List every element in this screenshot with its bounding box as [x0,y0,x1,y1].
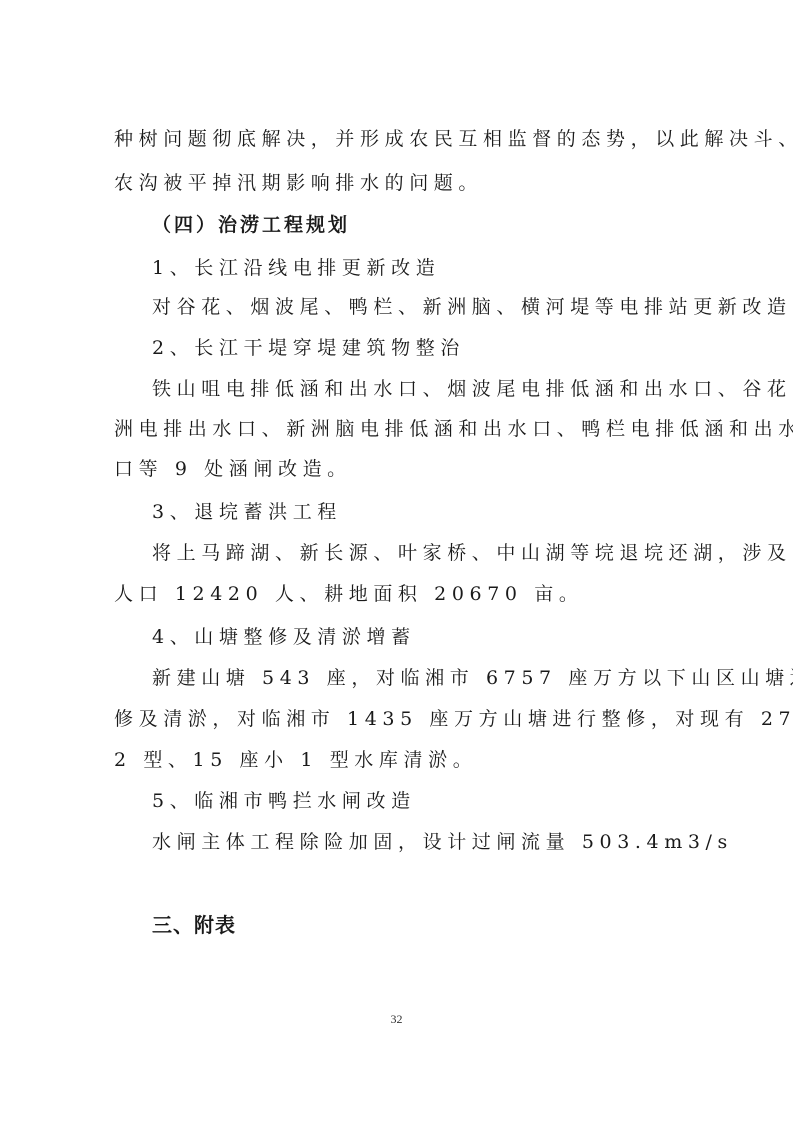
page-number: 32 [0,1012,793,1027]
subsection-heading: （四）治涝工程规划 [152,213,350,237]
section-heading: 三、附表 [152,913,236,937]
item-body-line: 铁山咀电排低涵和出水口、烟波尾电排低涵和出水口、谷花 [152,377,792,401]
item-body-line: 将上马蹄湖、新长源、叶家桥、中山湖等垸退垸还湖，涉及 [152,541,792,565]
item-body-line: 修及清淤，对临湘市 1435 座万方山塘进行整修，对现有 274 座小 [114,707,793,731]
item-title: 2、长江干堤穿堤建筑物整治 [152,336,465,360]
item-body-line: 对谷花、烟波尾、鸭栏、新洲脑、横河堤等电排站更新改造 [152,295,792,319]
item-body-line: 新建山塘 543 座，对临湘市 6757 座万方以下山区山塘进行整 [152,666,793,690]
item-body-line: 洲电排出水口、新洲脑电排低涵和出水口、鸭栏电排低涵和出水 [114,417,793,441]
item-body-line: 水闸主体工程除险加固，设计过闸流量 503.4m3/s [152,830,733,854]
item-title: 3、退垸蓄洪工程 [152,500,342,524]
item-title: 1、长江沿线电排更新改造 [152,256,440,280]
item-body-line: 2 型、15 座小 1 型水库清淤。 [114,748,477,772]
paragraph-line: 农沟被平掉汛期影响排水的问题。 [114,171,483,195]
paragraph-line: 种树问题彻底解决，并形成农民互相监督的态势，以此解决斗、 [114,127,793,151]
item-title: 5、临湘市鸭拦水闸改造 [152,789,416,813]
item-body-line: 口等 9 处涵闸改造。 [114,457,352,481]
item-body-line: 人口 12420 人、耕地面积 20670 亩。 [114,582,583,606]
item-title: 4、山塘整修及清淤增蓄 [152,625,416,649]
